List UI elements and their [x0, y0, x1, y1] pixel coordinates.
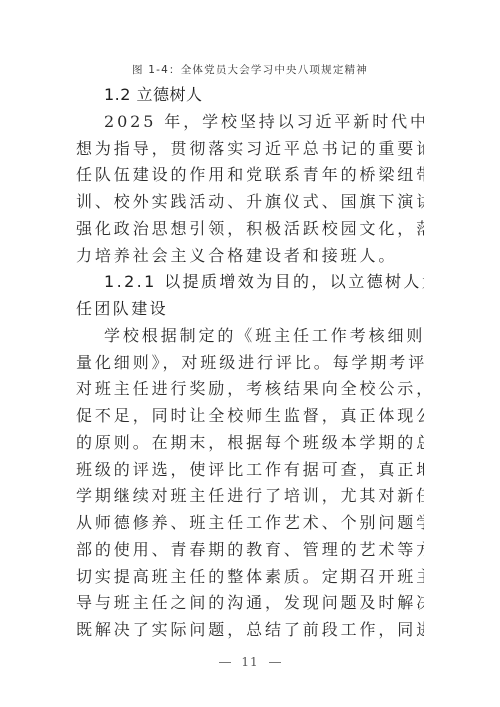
paragraph-2-line: 既解决了实际问题，总结了前段工作，同进又及时安排部署 [76, 617, 424, 644]
paragraph-1-line: 2025 年，学校坚持以习近平新时代中国特色社会主义思 [76, 109, 424, 136]
paragraph-1-line: 强化政治思想引领，积极活跃校园文化，落实立德树人，努 [76, 216, 424, 243]
paragraph-1-line: 训、校外实践活动、升旗仪式、国旗下演讲等为载体，不断 [76, 189, 424, 216]
document-page: 图 1-4：全体党员大会学习中央八项规定精神 1.2 立德树人 2025 年，学… [0, 0, 500, 707]
paragraph-2-line: 量化细则》，对班级进行评比。每学期考评优秀的班级直接 [76, 350, 424, 377]
document-body: 1.2 立德树人 2025 年，学校坚持以习近平新时代中国特色社会主义思 想为指… [76, 82, 424, 644]
figure-caption: 图 1-4：全体党员大会学习中央八项规定精神 [0, 62, 500, 78]
paragraph-2-line: 学校根据制定的《班主任工作考核细则》和《班级评比 [76, 323, 424, 350]
dash-left-icon [219, 662, 231, 663]
paragraph-1-line: 想为指导，贯彻落实习近平总书记的重要论述，发挥好班主 [76, 136, 424, 163]
page-number: 11 [0, 655, 500, 669]
paragraph-2-line: 部的使用、青春期的教育、管理的艺术等方面进行知识培训， [76, 537, 424, 564]
section-heading: 1.2 立德树人 [76, 82, 424, 109]
subsection-heading-line: 任团队建设 [76, 296, 424, 323]
paragraph-2-line: 切实提高班主任的整体素质。定期召开班主任会议，加强领 [76, 564, 424, 591]
paragraph-2-line: 的原则。在期末，根据每个班级本学期的总分进行学校文明 [76, 430, 424, 457]
paragraph-2-line: 班级的评选，使评比工作有据可查，真正地让事实说话。本 [76, 457, 424, 484]
paragraph-2-line: 促不足，同时让全校师生监督，真正体现公平、公正、公开 [76, 403, 424, 430]
paragraph-2-line: 导与班主任之间的沟通，发现问题及时解决。通过班主任会 [76, 590, 424, 617]
page-number-value: 11 [241, 655, 258, 669]
paragraph-2-line: 对班主任进行奖励，考核结果向全校公示，以鼓励先进，督 [76, 376, 424, 403]
paragraph-1-line: 任队伍建设的作用和党联系青年的桥梁纽带作用，以团课培 [76, 162, 424, 189]
paragraph-1-line: 力培养社会主义合格建设者和接班人。 [76, 243, 424, 270]
dash-right-icon [269, 662, 281, 663]
paragraph-2-line: 从师德修养、班主任工作艺术、个别问题学生的转化、班干 [76, 510, 424, 537]
subsection-heading-line: 1.2.1 以提质增效为目的，以立德树人为根本进行班主 [76, 269, 424, 296]
paragraph-2-line: 学期继续对班主任进行了培训，尤其对新任主任教师，分别 [76, 483, 424, 510]
